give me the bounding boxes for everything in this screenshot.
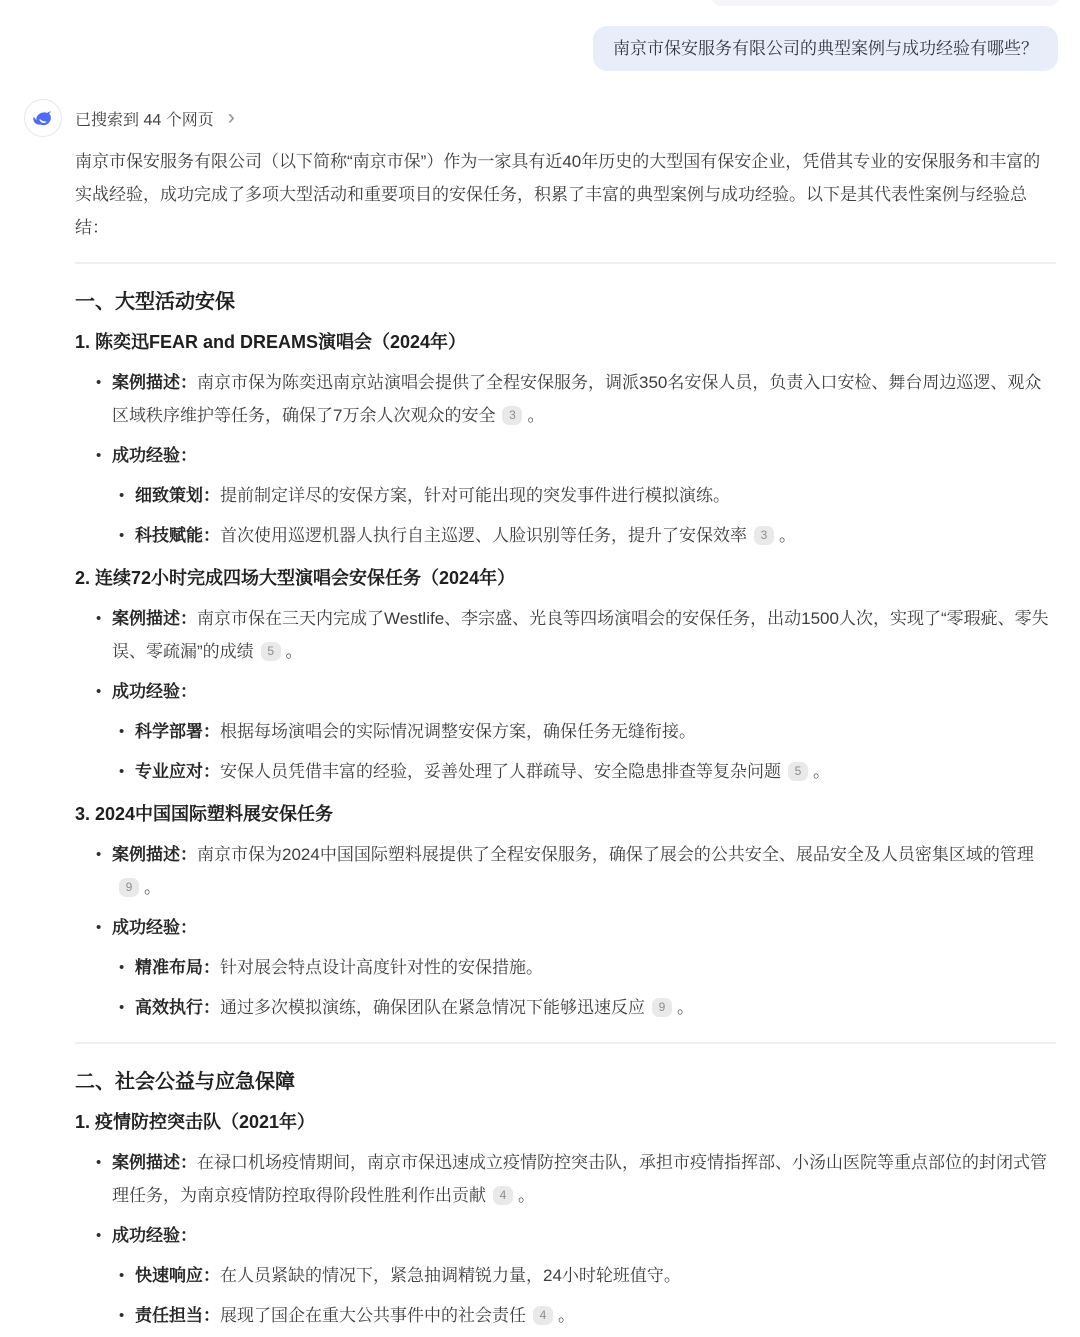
case-description: 案例描述：在禄口机场疫情期间，南京市保迅速成立疫情防控突击队，承担市疫情指挥部、… bbox=[75, 1146, 1056, 1212]
bullet-text: 提前制定详尽的安保方案，针对可能出现的突发事件进行模拟演练。 bbox=[220, 486, 730, 505]
bullet-label: 案例描述： bbox=[112, 845, 197, 864]
case-title: 1. 陈奕迅FEAR and DREAMS演唱会（2024年） bbox=[75, 326, 1056, 359]
experience-label-row: 成功经验： bbox=[75, 675, 1056, 708]
bullet-text: 安保人员凭借丰富的经验，妥善处理了人群疏导、安全隐患排查等复杂问题 bbox=[220, 762, 781, 781]
citation-badge[interactable]: 4 bbox=[533, 1306, 553, 1325]
citation-badge[interactable]: 3 bbox=[754, 526, 774, 545]
bullet-text: 在人员紧缺的情况下，紧急抽调精锐力量，24小时轮班值守。 bbox=[220, 1266, 681, 1285]
bullet-tail: 。 bbox=[518, 1186, 535, 1205]
user-message-row: 南京市保安服务有限公司的典型案例与成功经验有哪些？ bbox=[0, 0, 1080, 71]
case-title: 2. 连续72小时完成四场大型演唱会安保任务（2024年） bbox=[75, 562, 1056, 595]
experience-point: 责任担当：展现了国企在重大公共事件中的社会责任4。 bbox=[75, 1299, 1056, 1332]
bullet-label: 细致策划： bbox=[135, 486, 220, 505]
bullet-tail: 。 bbox=[779, 526, 796, 545]
case-description: 案例描述：南京市保在三天内完成了Westlife、李宗盛、光良等四场演唱会的安保… bbox=[75, 602, 1056, 668]
experience-label-row: 成功经验： bbox=[75, 1219, 1056, 1252]
experience-label-row: 成功经验： bbox=[75, 439, 1056, 472]
bullet-label: 成功经验： bbox=[112, 918, 197, 937]
bullet-label: 精准布局： bbox=[135, 958, 220, 977]
bullet-text: 在禄口机场疫情期间，南京市保迅速成立疫情防控突击队，承担市疫情指挥部、小汤山医院… bbox=[112, 1153, 1047, 1205]
bullet-label: 快速响应： bbox=[135, 1266, 220, 1285]
bullet-label: 高效执行： bbox=[135, 998, 220, 1017]
chevron-right-icon: › bbox=[228, 110, 235, 126]
bullet-tail: 。 bbox=[813, 762, 830, 781]
bullet-label: 案例描述： bbox=[112, 1153, 197, 1172]
section-heading: 二、社会公益与应急保障 bbox=[75, 1068, 1056, 1096]
bullet-label: 成功经验： bbox=[112, 446, 197, 465]
bullet-label: 案例描述： bbox=[112, 609, 197, 628]
bullet-label: 专业应对： bbox=[135, 762, 220, 781]
bullet-text: 南京市保为陈奕迅南京站演唱会提供了全程安保服务，调派350名安保人员，负责入口安… bbox=[112, 373, 1041, 425]
search-status-label: 已搜索到 44 个网页 bbox=[75, 107, 214, 130]
case-description: 案例描述：南京市保为2024中国国际塑料展提供了全程安保服务，确保了展会的公共安… bbox=[75, 838, 1056, 904]
user-message-bubble: 南京市保安服务有限公司的典型案例与成功经验有哪些？ bbox=[593, 26, 1058, 71]
intro-paragraph: 南京市保安服务有限公司（以下简称“南京市保”）作为一家具有近40年历史的大型国有… bbox=[75, 145, 1056, 244]
bullet-tail: 。 bbox=[286, 642, 303, 661]
citation-badge[interactable]: 5 bbox=[261, 642, 281, 661]
bullet-text: 展现了国企在重大公共事件中的社会责任 bbox=[220, 1306, 526, 1325]
bullet-text: 首次使用巡逻机器人执行自主巡逻、人脸识别等任务，提升了安保效率 bbox=[220, 526, 747, 545]
experience-point: 快速响应：在人员紧缺的情况下，紧急抽调精锐力量，24小时轮班值守。 bbox=[75, 1259, 1056, 1292]
citation-badge[interactable]: 9 bbox=[652, 998, 672, 1017]
previous-message-remnant bbox=[710, 0, 1060, 6]
bullet-text: 南京市保为2024中国国际塑料展提供了全程安保服务，确保了展会的公共安全、展品安… bbox=[197, 845, 1034, 864]
section-divider bbox=[75, 1042, 1056, 1044]
citation-badge[interactable]: 3 bbox=[502, 406, 522, 425]
experience-label-row: 成功经验： bbox=[75, 911, 1056, 944]
case-title: 1. 疫情防控突击队（2021年） bbox=[75, 1106, 1056, 1139]
experience-point: 科学部署：根据每场演唱会的实际情况调整安保方案，确保任务无缝衔接。 bbox=[75, 715, 1056, 748]
experience-point: 细致策划：提前制定详尽的安保方案，针对可能出现的突发事件进行模拟演练。 bbox=[75, 479, 1056, 512]
bullet-text: 南京市保在三天内完成了Westlife、李宗盛、光良等四场演唱会的安保任务，出动… bbox=[112, 609, 1049, 661]
bullet-tail: 。 bbox=[677, 998, 694, 1017]
assistant-response: 南京市保安服务有限公司（以下简称“南京市保”）作为一家具有近40年历史的大型国有… bbox=[0, 145, 1080, 1332]
case-title: 3. 2024中国国际塑料展安保任务 bbox=[75, 798, 1056, 831]
bullet-text: 根据每场演唱会的实际情况调整安保方案，确保任务无缝衔接。 bbox=[220, 722, 696, 741]
bullet-text: 通过多次模拟演练，确保团队在紧急情况下能够迅速反应 bbox=[220, 998, 645, 1017]
case-description: 案例描述：南京市保为陈奕迅南京站演唱会提供了全程安保服务，调派350名安保人员，… bbox=[75, 366, 1056, 432]
bullet-label: 成功经验： bbox=[112, 682, 197, 701]
citation-badge[interactable]: 9 bbox=[119, 878, 139, 897]
citation-badge[interactable]: 5 bbox=[788, 762, 808, 781]
experience-point: 高效执行：通过多次模拟演练，确保团队在紧急情况下能够迅速反应9。 bbox=[75, 991, 1056, 1024]
bullet-tail: 。 bbox=[527, 406, 544, 425]
bullet-label: 案例描述： bbox=[112, 373, 197, 392]
deepseek-whale-icon bbox=[24, 99, 62, 137]
experience-point: 精准布局：针对展会特点设计高度针对性的安保措施。 bbox=[75, 951, 1056, 984]
section-divider bbox=[75, 262, 1056, 264]
bullet-label: 科学部署： bbox=[135, 722, 220, 741]
experience-point: 科技赋能：首次使用巡逻机器人执行自主巡逻、人脸识别等任务，提升了安保效率3。 bbox=[75, 519, 1056, 552]
bullet-label: 成功经验： bbox=[112, 1226, 197, 1245]
citation-badge[interactable]: 4 bbox=[493, 1186, 513, 1205]
bullet-label: 责任担当： bbox=[135, 1306, 220, 1325]
section-heading: 一、大型活动安保 bbox=[75, 288, 1056, 316]
experience-point: 专业应对：安保人员凭借丰富的经验，妥善处理了人群疏导、安全隐患排查等复杂问题5。 bbox=[75, 755, 1056, 788]
bullet-tail: 。 bbox=[558, 1306, 575, 1325]
bullet-label: 科技赋能： bbox=[135, 526, 220, 545]
search-status-button[interactable]: 已搜索到 44 个网页 › bbox=[0, 71, 1080, 137]
bullet-tail: 。 bbox=[144, 878, 161, 897]
bullet-text: 针对展会特点设计高度针对性的安保措施。 bbox=[220, 958, 543, 977]
